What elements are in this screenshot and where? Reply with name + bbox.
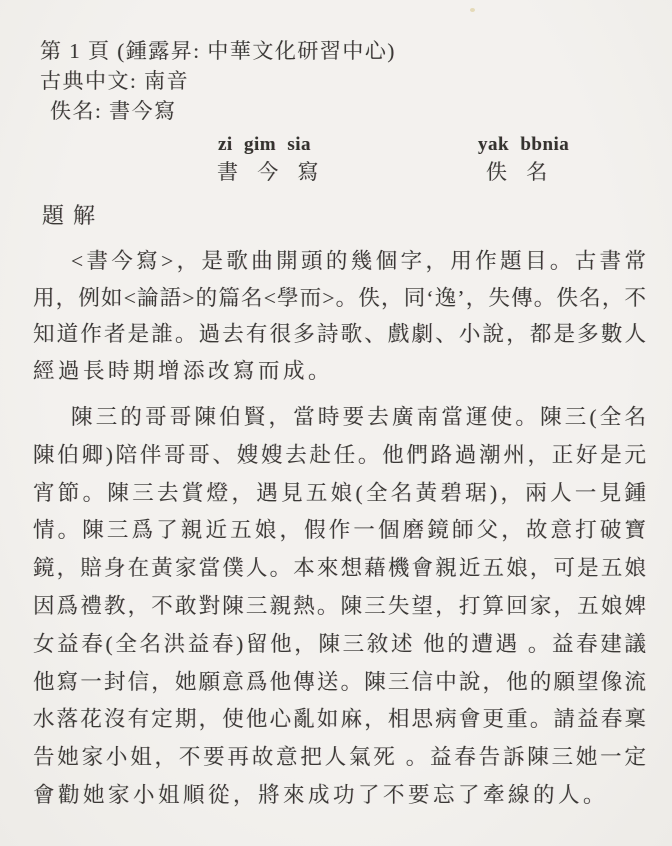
romanization-right: yak bbnia: [478, 134, 569, 156]
author-title-line: 佚名: 書今寫: [40, 96, 396, 126]
text-line: 女益春(全名洪益春)留他，陳三敘述 他的遭遇 。益春建議: [33, 626, 647, 664]
text-line: 水落花沒有定期，使他心亂如麻，相思病會更重。請益春稟: [33, 701, 647, 739]
text-line: 陳三的哥哥陳伯賢，當時要去廣南當運使。陳三(全名: [33, 399, 647, 437]
document-header: 第 1 頁 (鍾露昇: 中華文化研習中心) 古典中文: 南音 佚名: 書今寫: [40, 36, 396, 126]
scan-speck: [470, 8, 475, 12]
text-line: 經過長時期增添改寫而成。: [33, 353, 647, 390]
text-line: 他寫一封信，她願意爲他傳送。陳三信中說，他的願望像流: [33, 664, 647, 702]
text-line: 會勸她家小姐順從，將來成功了不要忘了牽線的人。: [33, 777, 647, 815]
song-title-hanzi: 書 今 寫: [217, 156, 326, 186]
course-line: 古典中文: 南音: [40, 66, 396, 96]
romanization-left: zi gim sia: [218, 134, 311, 156]
text-line: 用，例如<論語>的篇名<學而>。佚，同‘逸’，失傳。佚名，不: [33, 280, 647, 317]
text-line: 情。陳三爲了親近五娘，假作一個磨鏡師父，故意打破寶: [33, 512, 647, 550]
section-heading: 題解: [42, 199, 104, 230]
scanned-document-page: 第 1 頁 (鍾露昇: 中華文化研習中心) 古典中文: 南音 佚名: 書今寫 z…: [0, 0, 672, 846]
author-hanzi: 佚 名: [486, 156, 554, 186]
text-line: 鏡，賠身在黃家當僕人。本來想藉機會親近五娘，可是五娘: [33, 550, 647, 588]
paragraph-2: 陳三的哥哥陳伯賢，當時要去廣南當運使。陳三(全名 陳伯卿)陪伴哥哥、嫂嫂去赴任。…: [33, 399, 647, 815]
text-line: 宵節。陳三去賞燈，遇見五娘(全名黃碧琚)，兩人一見鍾: [33, 475, 647, 513]
paragraph-1: <書今寫>，是歌曲開頭的幾個字，用作題目。古書常 用，例如<論語>的篇名<學而>…: [33, 243, 647, 389]
text-line: 陳伯卿)陪伴哥哥、嫂嫂去赴任。他們路過潮州，正好是元: [33, 437, 647, 475]
text-line: 知道作者是誰。過去有很多詩歌、戲劇、小說，都是多數人: [33, 316, 647, 353]
page-number-line: 第 1 頁 (鍾露昇: 中華文化研習中心): [40, 36, 396, 66]
text-line: 因爲禮教，不敢對陳三親熱。陳三失望，打算回家，五娘婢: [33, 588, 647, 626]
text-line: 告她家小姐，不要再故意把人氣死 。益春告訴陳三她一定: [33, 739, 647, 777]
text-line: <書今寫>，是歌曲開頭的幾個字，用作題目。古書常: [33, 243, 647, 280]
